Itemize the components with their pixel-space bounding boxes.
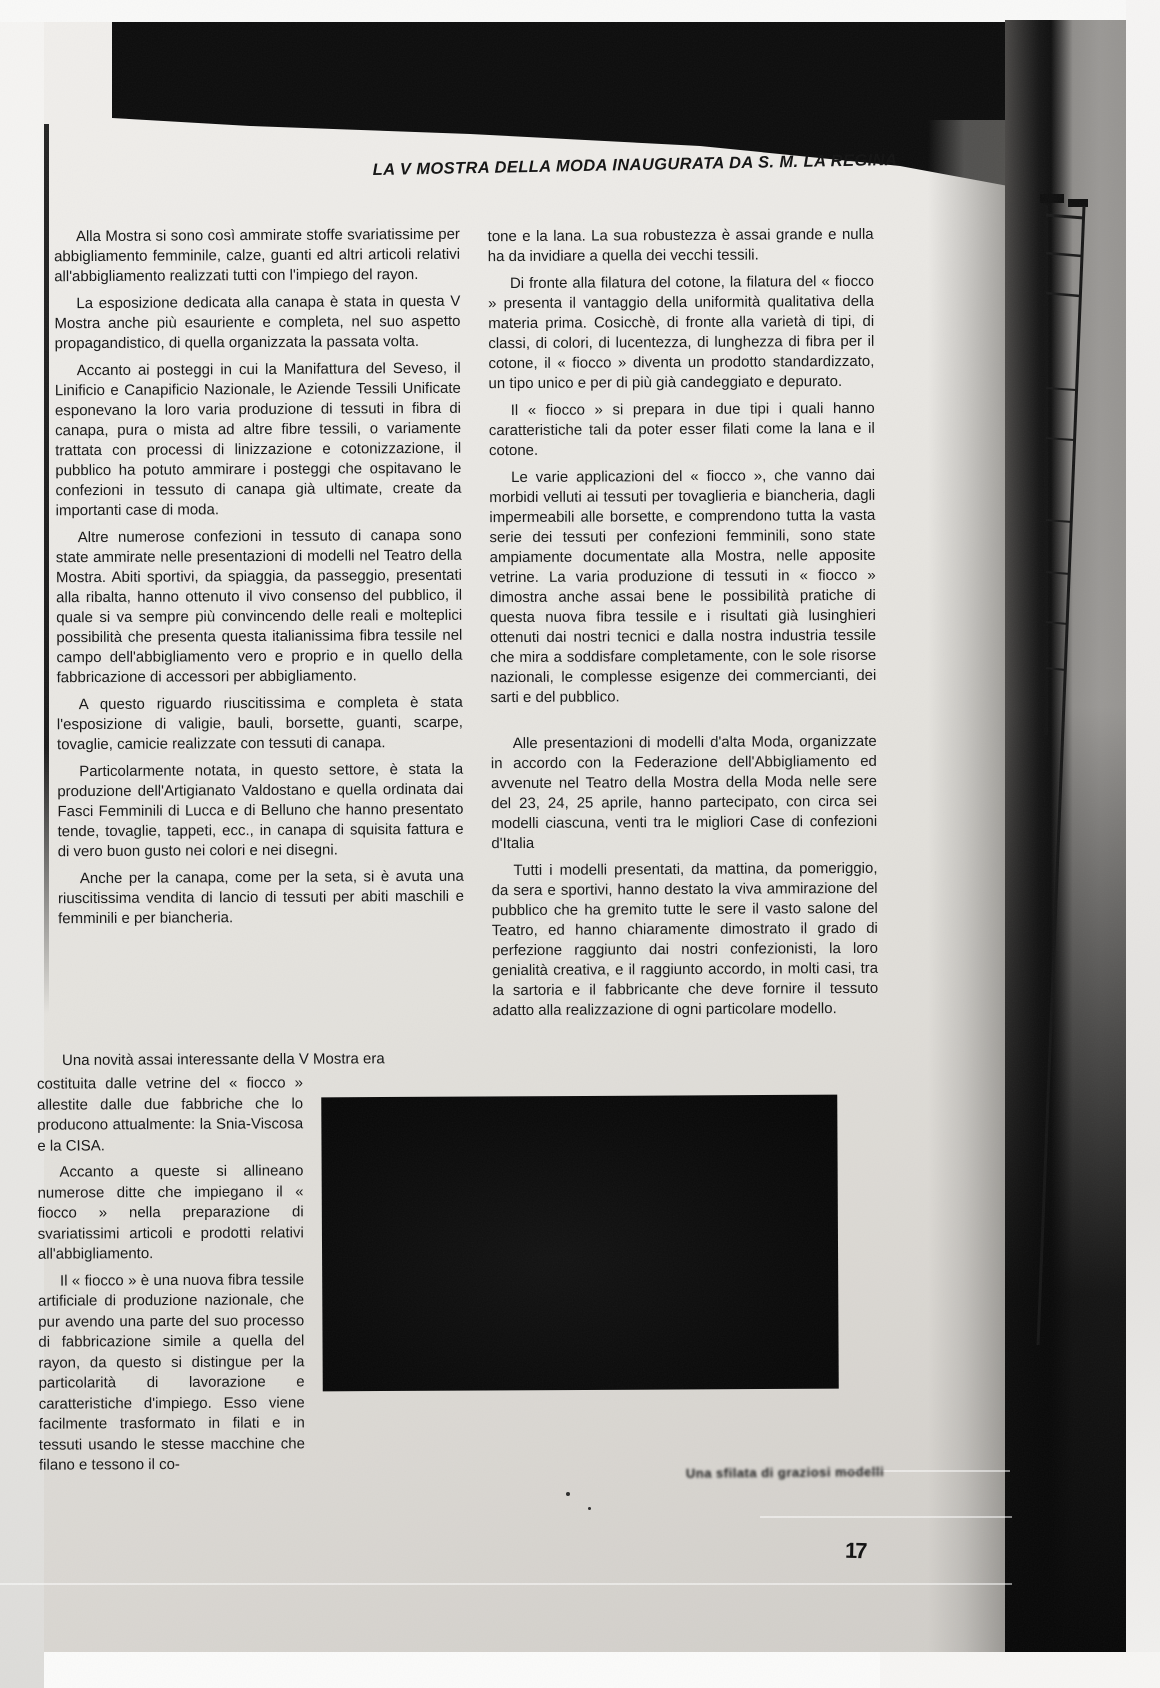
article-paragraph: Le varie applicazioni del « fiocco », ch… xyxy=(489,466,876,708)
article-paragraph: Accanto a queste si allineano numerose d… xyxy=(37,1161,304,1265)
scan-bottom-margin xyxy=(880,1652,1160,1688)
page-number: 17 xyxy=(845,1538,866,1565)
article-paragraph: Accanto ai posteggi in cui la Manifattur… xyxy=(55,359,462,521)
article-paragraph: Di fronte alla filatura del cotone, la f… xyxy=(488,272,875,394)
article-paragraph: Alla Mostra si sono così ammirate stoffe… xyxy=(54,225,460,287)
article-paragraph: Tutti i modelli presentati, da mattina, … xyxy=(491,859,878,1021)
article-paragraph: costituita dalle vetrine del « fiocco » … xyxy=(37,1073,303,1156)
photo-caption: Una sfilata di graziosi modelli xyxy=(655,1464,915,1481)
scan-right-margin xyxy=(1126,0,1160,1688)
article-paragraph: Anche per la canapa, come per la seta, s… xyxy=(58,867,464,929)
article-paragraph: Il « fiocco » si prepara in due tipi i q… xyxy=(489,399,875,461)
scan-artifact-line xyxy=(0,1583,1012,1585)
article-paragraph: Altre numerose confezioni in tessuto di … xyxy=(56,526,463,688)
article-paragraph: Il « fiocco » è una nuova fibra tessile … xyxy=(38,1270,305,1476)
article-paragraph: tone e la lana. La sua robustezza è assa… xyxy=(488,225,874,267)
article-right-column: tone e la lana. La sua robustezza è assa… xyxy=(488,225,879,1021)
scan-left-margin xyxy=(0,0,44,1688)
page-left-edge-line xyxy=(44,124,49,1014)
scanned-magazine-page: LA V MOSTRA DELLA MODA INAUGURATA DA S. … xyxy=(0,0,1160,1688)
article-paragraph: Alle presentazioni di modelli d'alta Mod… xyxy=(491,732,878,854)
gutter-bottom-shadow xyxy=(1005,20,1126,1654)
scan-artifact-line xyxy=(760,1516,1012,1518)
page-curl-shadow xyxy=(928,120,1008,1652)
fashion-show-photo xyxy=(321,1095,839,1392)
dust-speck xyxy=(588,1507,591,1510)
article-left-narrow-column: costituita dalle vetrine del « fiocco » … xyxy=(37,1073,305,1476)
article-paragraph: Particolarmente notata, in questo settor… xyxy=(57,760,464,862)
article-paragraph: La esposizione dedicata alla canapa è st… xyxy=(54,292,460,354)
scan-top-margin xyxy=(0,0,1160,22)
article-paragraph-lead-line: Una novità assai interessante della V Mo… xyxy=(40,1049,470,1071)
article-paragraph: A questo riguardo riuscitissima e comple… xyxy=(57,693,463,755)
article-left-column: Alla Mostra si sono così ammirate stoffe… xyxy=(54,225,464,929)
dust-speck xyxy=(566,1492,570,1496)
